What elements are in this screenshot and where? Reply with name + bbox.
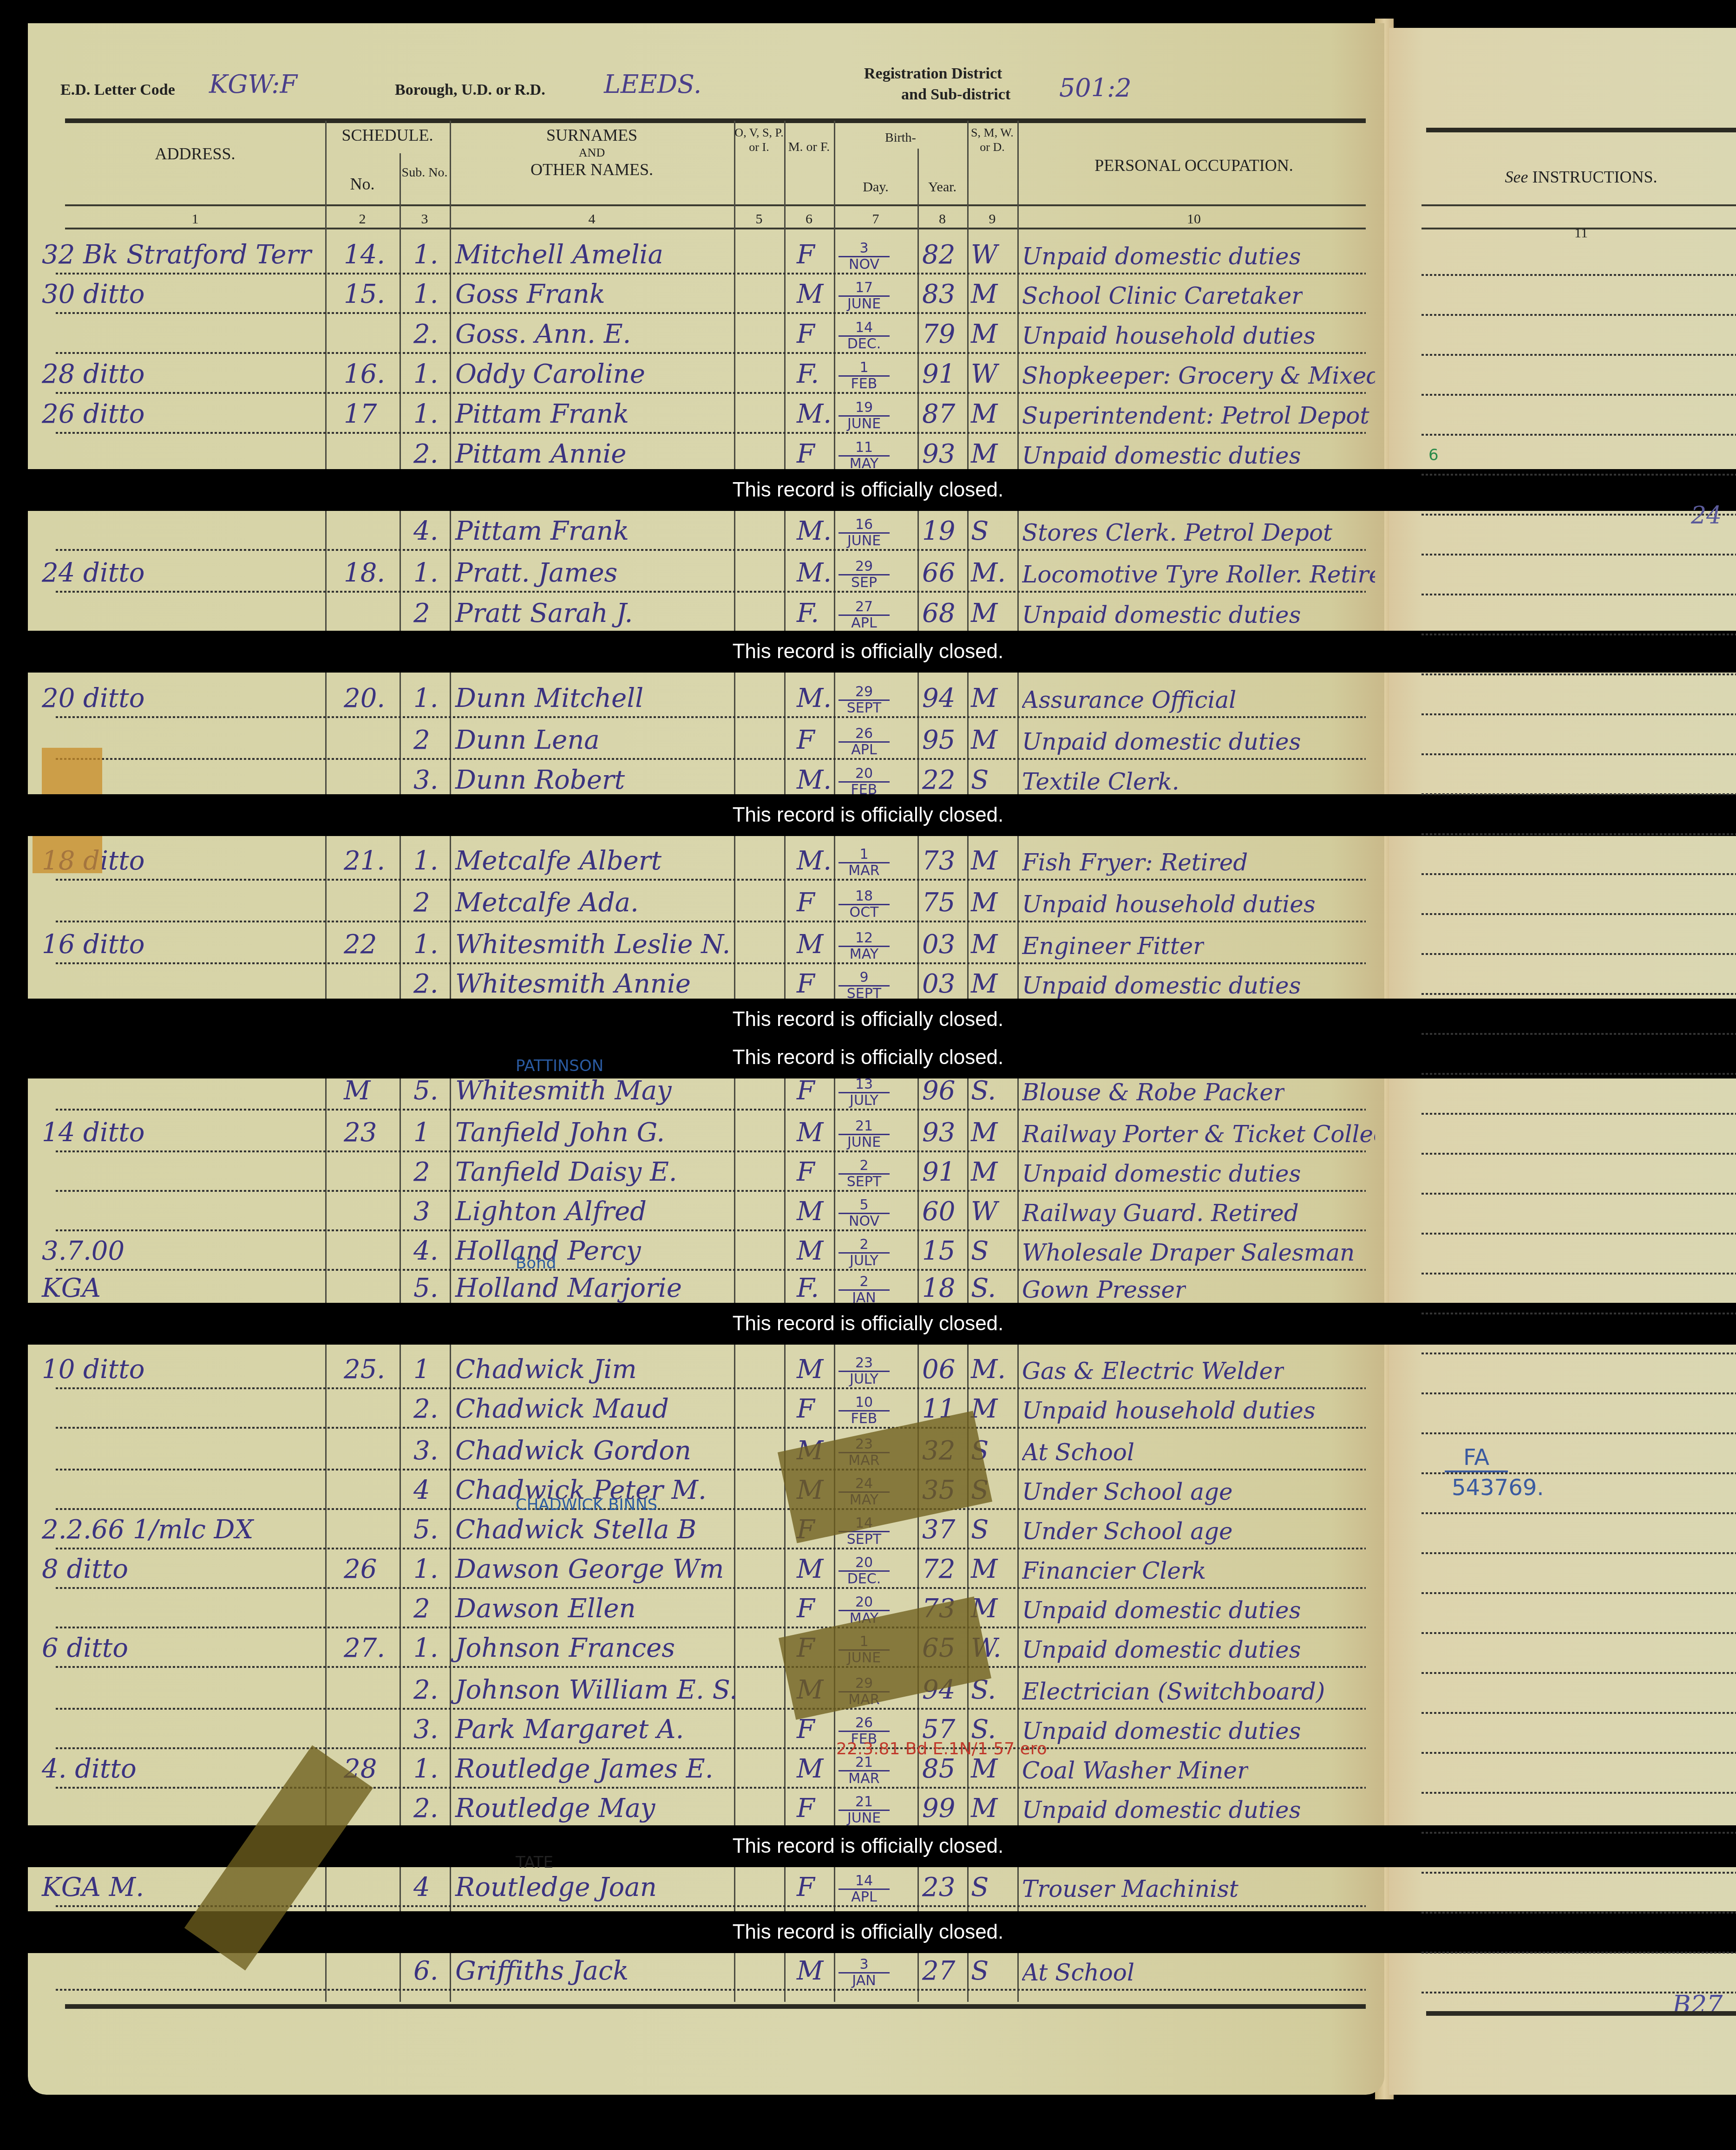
marital-status: M [971,846,997,876]
birth-month: FEB [839,1412,890,1426]
birth-day: 21 [839,1795,890,1811]
birth-year: 06 [922,1354,955,1385]
instructions-rule [1422,1033,1736,1035]
instructions-rule [1422,673,1736,675]
sex-cell: M [797,1554,823,1584]
schedule-number: 17 [344,399,377,429]
instructions-rule [1422,354,1736,356]
schedule-sub-number: 4 [413,1475,430,1505]
person-name: Dawson Ellen [455,1594,635,1624]
birth-day: 29 [839,685,890,701]
birth-day: 12 [839,931,890,947]
person-name: Chadwick Maud [455,1394,669,1424]
marital-status: S [971,1515,989,1545]
paper-stain [33,836,102,873]
birth-month: APL [839,616,890,631]
borough-label: Borough, U.D. or R.D. [395,81,545,99]
instructions-rule [1422,1153,1736,1155]
birth-day: 5 [839,1198,890,1214]
personal-occupation: Under School age [1022,1518,1233,1545]
birth-month: MAR [839,863,890,878]
address-cell: 32 Bk Stratford Terr [42,240,311,270]
col-surnames: SURNAMES AND OTHER NAMES. [450,125,734,180]
instructions-rule [1422,434,1736,436]
column-number-rule [65,228,1366,229]
table-row: 2.Chadwick MaudF10FEB11MUnpaid household… [28,1389,1375,1429]
personal-occupation: Unpaid household duties [1022,1397,1316,1424]
table-row: 2Dunn LenaF26APL95MUnpaid domestic dutie… [28,720,1375,760]
col-number: 2 [325,211,400,227]
person-name: Routledge Joan [455,1872,657,1902]
personal-occupation: Coal Washer Miner [1022,1757,1248,1784]
schedule-sub-number: 1. [413,1754,438,1784]
sex-cell: M. [797,399,832,429]
person-name: Park Margaret A. [455,1714,684,1745]
table-row: 3Lighton AlfredM5NOV60WRailway Guard. Re… [28,1191,1375,1231]
personal-occupation: Gas & Electric Welder [1022,1358,1284,1385]
instructions-rule [1422,1193,1736,1195]
table-row: M5.Whitesmith MayPATTINSONF13JULY96S.Blo… [28,1071,1375,1111]
birth-month: DEC. [839,337,890,352]
birth-year: 68 [922,598,955,628]
col-number: 7 [834,211,917,227]
birth-day-month: 1FEB [839,360,890,391]
birth-day: 11 [839,440,890,457]
birth-day-month: 21MAR [839,1755,890,1786]
schedule-sub-number: 2 [413,1157,430,1187]
instructions-rule [1422,474,1736,476]
instructions-rule [1422,1432,1736,1434]
instructions-rule [1422,913,1736,915]
person-name: Johnson William E. S. [455,1675,738,1705]
schedule-sub-number: 4. [413,516,438,546]
col-number: 6 [784,211,834,227]
address-cell: 20 ditto [42,683,145,713]
marital-status: M [971,279,997,309]
schedule-sub-number: 2. [413,1793,438,1823]
birth-year: 96 [922,1076,955,1106]
birth-day-month: 19JUNE [839,400,890,431]
person-name: Routledge James E. [455,1754,713,1784]
birth-day-month: 29SEPT [839,685,890,715]
column-head-rule [65,204,1366,206]
person-name: Chadwick Jim [455,1354,637,1385]
birth-day-month: 3NOV [839,241,890,272]
table-row: 30 ditto15.1.Goss FrankM17JUNE83MSchool … [28,274,1375,314]
row-rule [56,1989,1366,1991]
birth-year: 93 [922,1117,955,1148]
col-birth-day: Day. [834,179,917,196]
address-cell: 24 ditto [42,558,145,588]
col-number: 5 [734,211,784,227]
birth-day: 20 [839,1555,890,1572]
registration-label-2: and Sub-district [901,86,1010,104]
schedule-sub-number: 3. [413,1436,438,1466]
instructions-rule [1422,1313,1736,1314]
schedule-number: 21. [344,846,385,876]
table-row: 2.Routledge MayF21JUNE99MUnpaid domestic… [28,1788,1375,1828]
instructions-rule [1422,713,1736,715]
instructions-rule [1422,753,1736,755]
birth-year: 95 [922,725,955,755]
person-name: Chadwick Stella B [455,1515,696,1545]
margin-note-6: 6 [1428,446,1439,464]
marital-status: S. [971,1273,996,1303]
person-name: Dunn Mitchell [455,683,643,713]
birth-day: 20 [839,1595,890,1611]
address-cell: 28 ditto [42,359,145,389]
closed-record-banner: This record is officially closed. [0,794,1736,836]
birth-month: JULY [839,1372,890,1387]
closed-record-banner: This record is officially closed. [0,1303,1736,1345]
birth-year: 60 [922,1196,955,1227]
marital-status: M. [971,558,1006,588]
instructions-rule [1422,514,1736,516]
schedule-sub-number: 1. [413,558,438,588]
col-number: 1 [65,211,325,227]
person-name: Pittam Frank [455,399,629,429]
schedule-sub-number: 2 [413,888,430,918]
person-name: Pratt. James [455,558,617,588]
personal-occupation: Fish Fryer: Retired [1022,849,1248,876]
table-row: 2Dawson EllenF20MAY73MUnpaid domestic du… [28,1588,1375,1628]
sex-cell: F [797,969,815,999]
sex-cell: F [797,1076,815,1106]
birth-day: 14 [839,320,890,337]
sex-cell: M [797,929,823,960]
stamp-fa: FA [1445,1444,1508,1472]
birth-year: 22 [922,765,955,795]
sex-cell: F [797,725,815,755]
personal-occupation: Superintendent: Petrol Depot [1022,402,1369,429]
personal-occupation: Engineer Fitter [1022,933,1204,960]
schedule-sub-number: 1. [413,279,438,309]
birth-day: 23 [839,1356,890,1372]
marital-status: S [971,516,989,546]
address-cell: 3.7.00 [42,1236,124,1266]
birth-month: JUNE [839,297,890,312]
table-row: 2Pratt Sarah J.F.27APL68MUnpaid domestic… [28,593,1375,633]
sex-cell: M [797,1236,823,1266]
person-name: Holland Marjorie [455,1273,682,1303]
row-rule [56,921,1366,922]
instructions-rule [1422,1632,1736,1634]
instructions-rule [1422,1392,1736,1394]
person-name: Routledge May [455,1793,655,1823]
borough-value: LEEDS. [604,70,701,99]
schedule-sub-number: 1 [413,1354,430,1385]
birth-day: 18 [839,889,890,905]
table-row: 24 ditto18.1.Pratt. JamesM.29SEP66M.Loco… [28,553,1375,593]
address-cell: 14 ditto [42,1117,145,1148]
birth-day: 29 [839,559,890,575]
personal-occupation: Under School age [1022,1478,1233,1505]
personal-occupation: Blouse & Robe Packer [1022,1079,1284,1106]
birth-day-month: 2JULY [839,1237,890,1268]
person-name: Dunn Robert [455,765,625,795]
instructions-rule [1422,1832,1736,1834]
header-rule [65,118,1366,123]
instructions-rule [1422,1073,1736,1075]
birth-day: 13 [839,1077,890,1093]
table-row: 2.Goss. Ann. E.F14DEC.79MUnpaid househol… [28,314,1375,354]
marital-status: S [971,1872,989,1902]
name-annotation: PATTINSON [516,1057,603,1075]
birth-year: 19 [922,516,955,546]
birth-month: JUNE [839,534,890,549]
birth-day: 19 [839,400,890,417]
person-name: Chadwick Gordon [455,1436,691,1466]
schedule-sub-number: 1. [413,683,438,713]
birth-year: 79 [922,319,955,349]
name-annotation: Bond [516,1254,556,1273]
birth-month: JUNE [839,417,890,431]
person-name: Metcalfe Ada. [455,888,639,918]
address-cell: 8 ditto [42,1554,128,1584]
personal-occupation: Electrician (Switchboard) [1022,1678,1325,1705]
table-row: 2Metcalfe Ada.F18OCT75MUnpaid household … [28,882,1375,922]
table-row: 18 ditto21.1.Metcalfe AlbertM.1MAR73MFis… [28,841,1375,881]
birth-month: JULY [839,1254,890,1268]
instructions-rule [1422,1233,1736,1235]
col-address: ADDRESS. [65,144,325,164]
birth-day-month: 27APL [839,600,890,630]
instructions-rule [1422,793,1736,795]
table-row: 4. ditto281.Routledge James E.22.3.81 Bd… [28,1749,1375,1789]
sex-cell: M [797,1956,823,1986]
person-name: Dunn Lena [455,725,600,755]
birth-day-month: 3JAN [839,1957,890,1988]
table-row: 2.Whitesmith AnnieF9SEPT03MUnpaid domest… [28,964,1375,1004]
col-surnames-line3: OTHER NAMES. [450,160,734,180]
schedule-number: 23 [344,1117,377,1148]
table-row: 2.2.66 1/mlc DX5.Chadwick Stella BCHADWI… [28,1510,1375,1549]
personal-occupation: Unpaid household duties [1022,891,1316,918]
birth-year: 99 [922,1793,955,1823]
table-row: 26 ditto171.Pittam FrankM.19JUNE87MSuper… [28,394,1375,434]
schedule-sub-number: 2. [413,319,438,349]
marital-status: M [971,725,997,755]
schedule-sub-number: 3. [413,1714,438,1745]
person-name: Mitchell Amelia [455,240,663,270]
col-birth-year: Year. [917,179,967,196]
marital-status: M [971,888,997,918]
birth-day-month: 21JUNE [839,1795,890,1825]
birth-day: 20 [839,766,890,783]
col-instructions: See INSTRUCTIONS. [1426,167,1736,187]
birth-day: 17 [839,281,890,297]
schedule-number: 27. [344,1633,385,1663]
sex-cell: F [797,1793,815,1823]
instructions-label: INSTRUCTIONS. [1532,168,1657,186]
birth-day: 9 [839,970,890,987]
schedule-sub-number: 1. [413,359,438,389]
instructions-rule [1422,634,1736,635]
schedule-sub-number: 2. [413,969,438,999]
personal-occupation: Trouser Machinist [1022,1876,1238,1902]
instructions-rule [1422,314,1736,316]
personal-occupation: Unpaid domestic duties [1022,601,1301,628]
sex-cell: F [797,439,815,469]
personal-occupation: Unpaid household duties [1022,322,1316,349]
instructions-rule [1422,1552,1736,1554]
birth-month: MAY [839,947,890,962]
table-row: 10 ditto25.1Chadwick JimM23JULY06M.Gas &… [28,1349,1375,1389]
person-name: Whitesmith Leslie N. [455,929,730,960]
person-name: Lighton Alfred [455,1196,647,1227]
birth-year: 73 [922,846,955,876]
personal-occupation: Unpaid domestic duties [1022,442,1301,469]
col-number: 3 [400,211,450,227]
birth-day: 27 [839,600,890,616]
personal-occupation: Financier Clerk [1022,1557,1206,1584]
birth-day: 14 [839,1874,890,1890]
person-name: Tanfield John G. [455,1117,665,1148]
table-row: 14 ditto231Tanfield John G.M21JUNE93MRai… [28,1112,1375,1152]
marital-status: M [971,1554,997,1584]
birth-month: NOV [839,1214,890,1229]
birth-year: 27 [922,1956,955,1986]
birth-year: 91 [922,1157,955,1187]
col-number: 4 [450,211,734,227]
col-marital: S, M, W. or D. [967,125,1017,154]
schedule-sub-number: 1. [413,399,438,429]
address-cell: 30 ditto [42,279,145,309]
birth-month: APL [839,1890,890,1905]
instructions-see: See [1505,168,1528,186]
personal-occupation: Assurance Official [1022,686,1236,713]
birth-day-month: 2SEPT [839,1158,890,1189]
personal-occupation: Shopkeeper: Grocery & Mixed [1022,362,1375,389]
sex-cell: M. [797,683,832,713]
instructions-rule [1422,1472,1736,1474]
sex-cell: M [797,1196,823,1227]
table-row: 2.Johnson William E. S.M29MAR94S.Electri… [28,1670,1375,1710]
marital-status: W [971,359,998,389]
birth-day: 10 [839,1395,890,1412]
birth-day: 3 [839,1957,890,1974]
person-name: Tanfield Daisy E. [455,1157,677,1187]
birth-day: 2 [839,1274,890,1291]
person-name: Pittam Annie [455,439,627,469]
birth-day-month: 13JULY [839,1077,890,1108]
person-name: Metcalfe Albert [455,846,662,876]
birth-day-month: 20FEB [839,766,890,797]
birth-day-month: 20DEC. [839,1555,890,1586]
personal-occupation: Stores Clerk. Petrol Depot [1022,519,1332,546]
schedule-sub-number: 6. [413,1956,438,1986]
personal-occupation: Railway Porter & Ticket Collector [1022,1121,1375,1148]
instructions-rule [1422,1512,1736,1514]
sex-cell: M. [797,558,832,588]
table-row: KGA5.Holland MarjorieBondF.2JAN18S.Gown … [28,1268,1375,1308]
instructions-rule [1422,1353,1736,1354]
address-cell: 6 ditto [42,1633,128,1663]
schedule-sub-number: 3. [413,765,438,795]
birth-month: JUNE [839,1811,890,1826]
birth-day: 1 [839,360,890,377]
address-cell: KGA [42,1273,101,1303]
marital-status: W [971,1196,998,1227]
birth-month: NOV [839,257,890,272]
birth-month: FEB [839,377,890,392]
marital-status: M [971,1754,997,1784]
schedule-number: 26 [344,1554,377,1584]
marital-status: M [971,1793,997,1823]
instructions-rule [1422,1792,1736,1794]
col-number: 8 [917,211,967,227]
birth-year: 93 [922,439,955,469]
personal-occupation: Locomotive Tyre Roller. Retired [1022,561,1375,588]
personal-occupation: At School [1022,1439,1134,1466]
schedule-number: 18. [344,558,385,588]
sex-cell: M. [797,516,832,546]
birth-day-month: 16JUNE [839,517,890,548]
marital-status: M [971,1157,997,1187]
table-row: 3.Chadwick GordonM23MAR32SAt School [28,1431,1375,1470]
birth-day-month: 2JAN [839,1274,890,1305]
birth-day-month: 17JUNE [839,281,890,311]
marital-status: S [971,1956,989,1986]
personal-occupation: Unpaid domestic duties [1022,1797,1301,1823]
instructions-rule [1422,993,1736,995]
sex-cell: M. [797,846,832,876]
schedule-sub-number: 4. [413,1236,438,1266]
birth-day-month: 12MAY [839,931,890,961]
table-row: 3.Park Margaret A.F26FEB57S.Unpaid domes… [28,1709,1375,1749]
instructions-rule [1422,1712,1736,1714]
birth-month: JUNE [839,1135,890,1150]
table-row: 28 ditto16.1.Oddy CarolineF.1FEB91WShopk… [28,354,1375,394]
instructions-rule [1422,554,1736,555]
personal-occupation: Textile Clerk. [1022,768,1179,795]
birth-year: 85 [922,1754,955,1784]
personal-occupation: Unpaid domestic duties [1022,972,1301,999]
marital-status: M. [971,1354,1006,1385]
person-name: Goss Frank [455,279,605,309]
birth-month: SEPT [839,701,890,716]
row-rule [56,1666,1366,1668]
person-name: Pratt Sarah J. [455,598,633,628]
sex-cell: M [797,1354,823,1385]
birth-day-month: 14DEC. [839,320,890,351]
sex-cell: F [797,1594,815,1624]
schedule-number: 16. [344,359,385,389]
birth-day-month: 21JUNE [839,1119,890,1150]
birth-month: DEC. [839,1572,890,1587]
birth-day-month: 26APL [839,726,890,757]
table-row: 2.Pittam AnnieF11MAY93MUnpaid domestic d… [28,434,1375,474]
table-row: 16 ditto221.Whitesmith Leslie N.M12MAY03… [28,924,1375,964]
birth-day: 21 [839,1119,890,1135]
sex-cell: F. [797,359,819,389]
schedule-number: 25. [344,1354,385,1385]
schedule-number: 20. [344,683,385,713]
birth-day-month: 5NOV [839,1198,890,1229]
person-name: Whitesmith May [455,1076,672,1106]
instructions-rule [1422,1273,1736,1274]
sex-cell: M [797,1117,823,1148]
schedule-sub-number: 1. [413,929,438,960]
address-cell: 16 ditto [42,929,145,960]
instructions-rule [1422,274,1736,276]
sex-cell: M [797,1754,823,1784]
table-row: 20 ditto20.1.Dunn MitchellM.29SEPT94MAss… [28,678,1375,718]
personal-occupation: Unpaid domestic duties [1022,728,1301,755]
birth-day: 26 [839,1716,890,1732]
person-name: Goss. Ann. E. [455,319,631,349]
birth-year: 15 [922,1236,955,1266]
